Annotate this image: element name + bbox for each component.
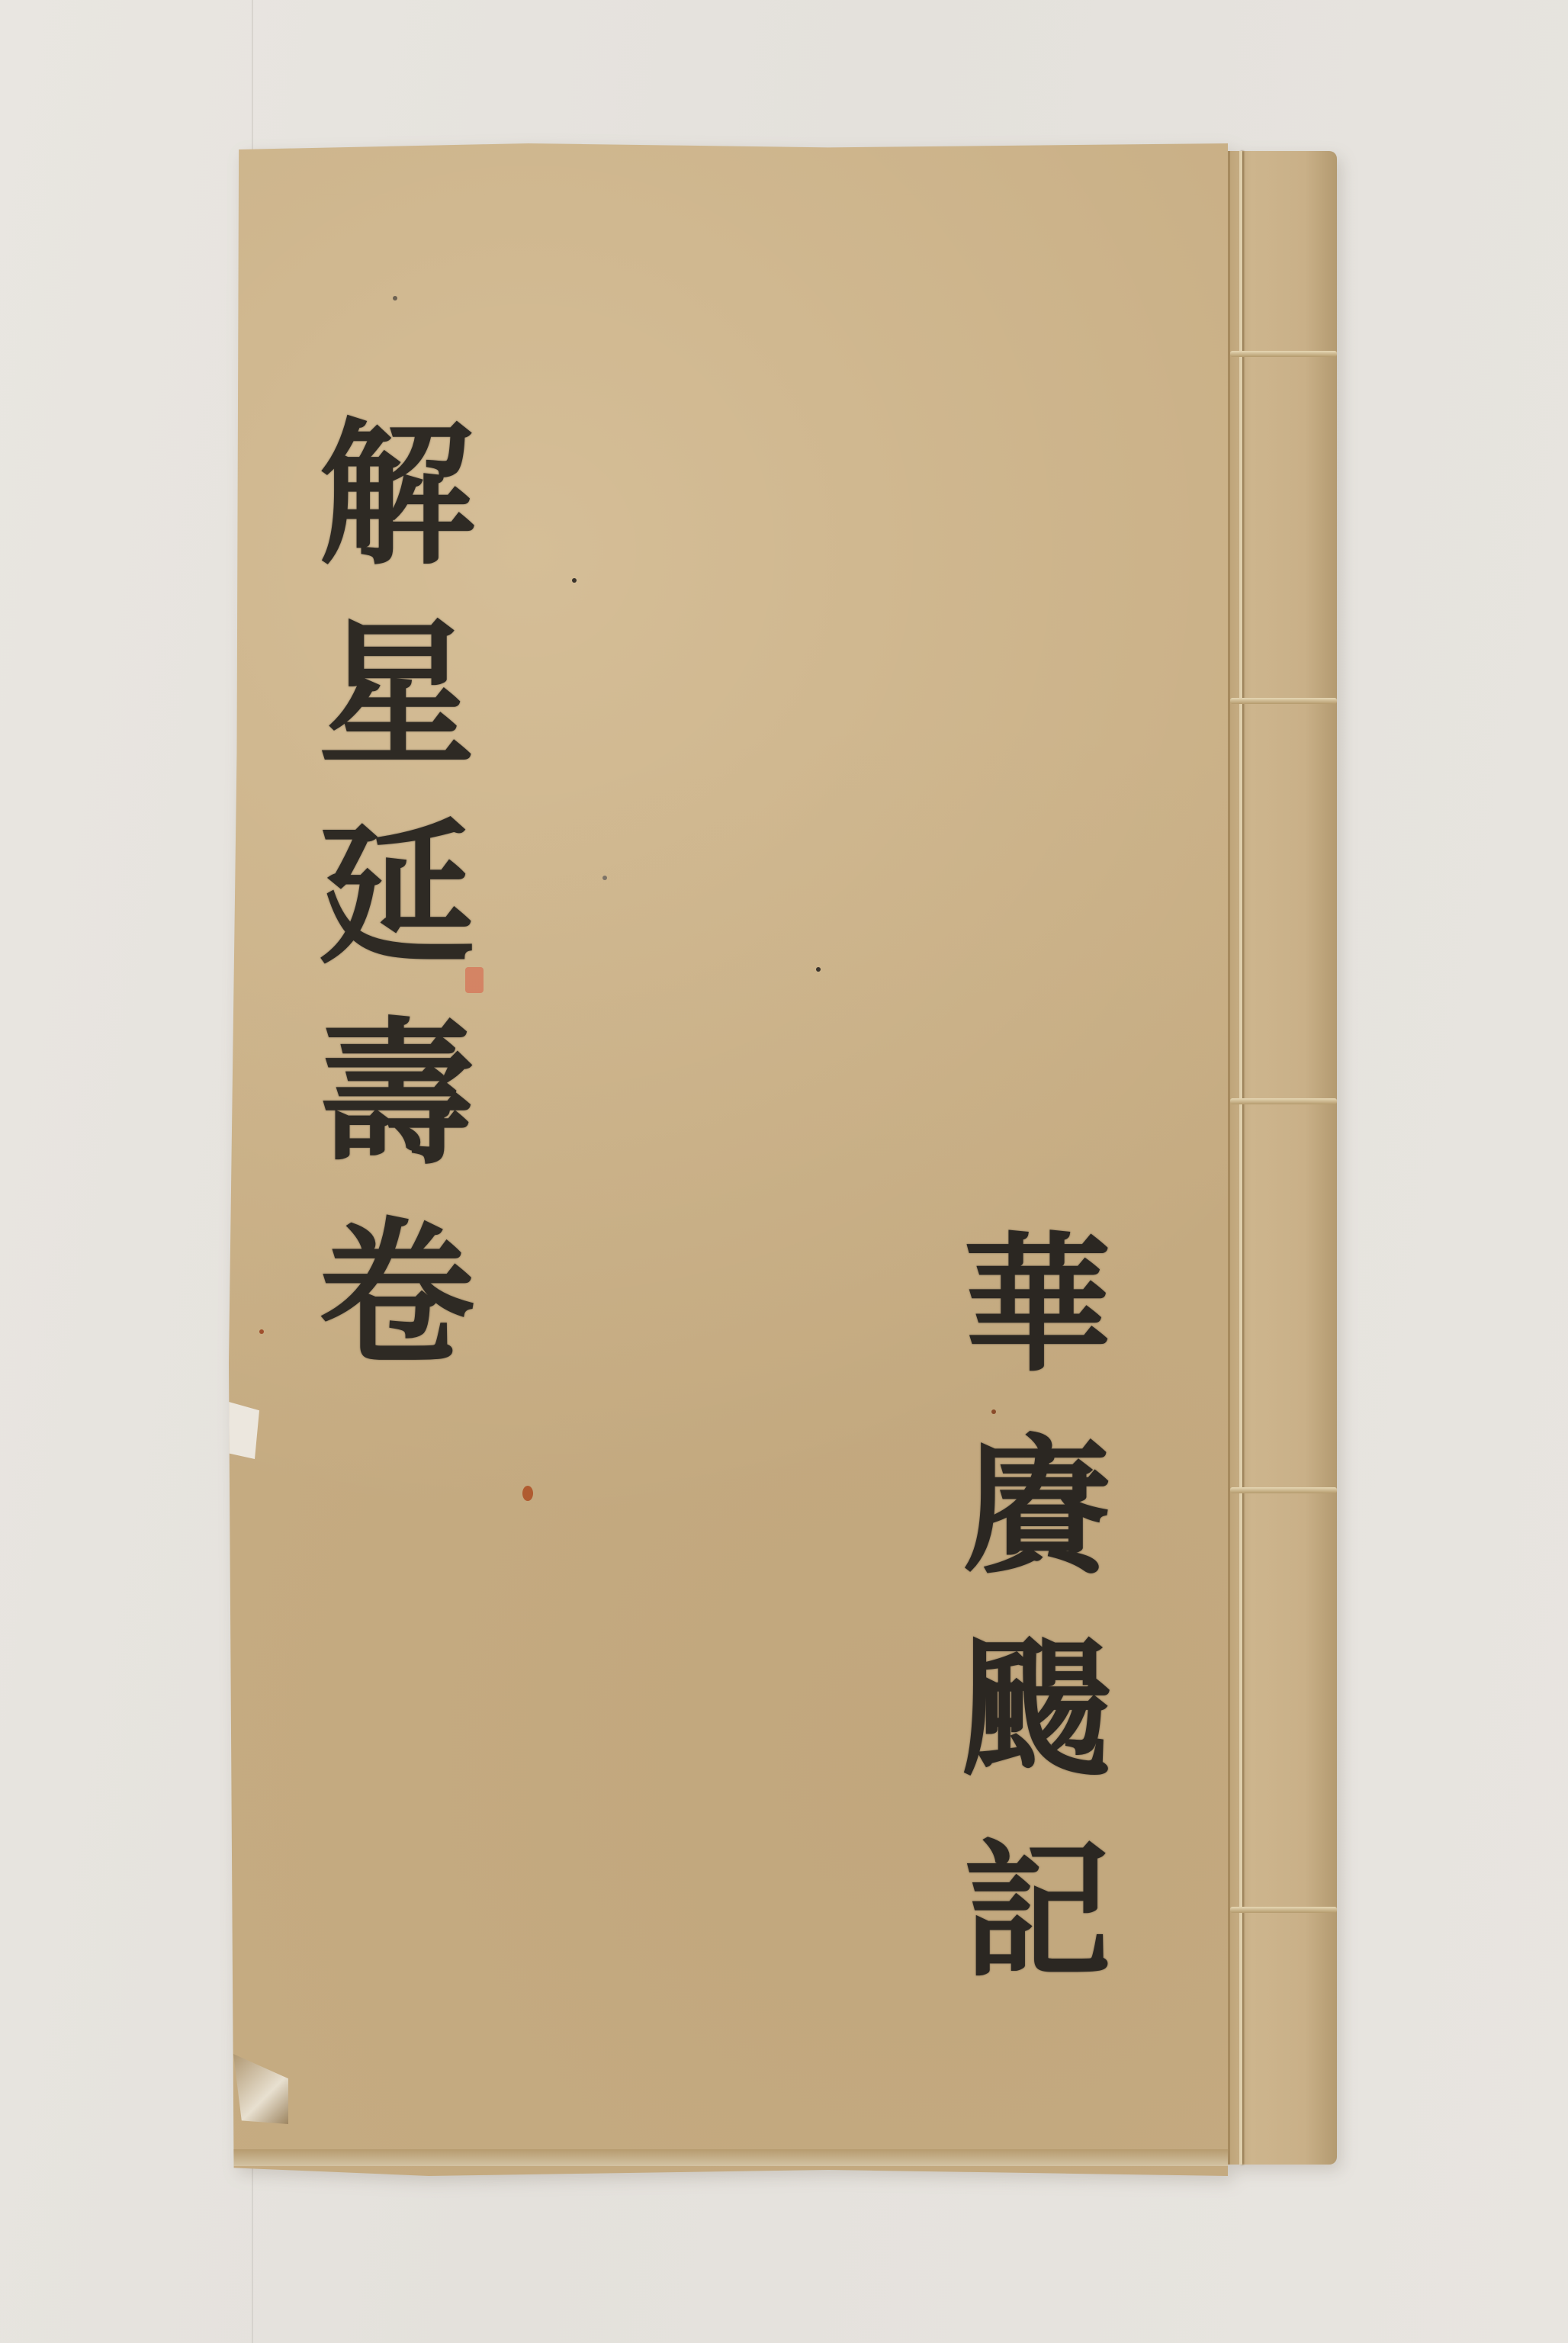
- paper-fleck: [816, 967, 821, 972]
- inscription-char: 賡: [963, 1406, 1112, 1608]
- binding-stitch: [1230, 698, 1337, 704]
- book-title: 解 星 延 壽 卷: [297, 395, 496, 1394]
- binding-thread-vertical: [1239, 151, 1242, 2165]
- binding-stitch: [1230, 351, 1337, 357]
- title-char: 解: [319, 395, 475, 595]
- cover-tear: [229, 1402, 259, 1459]
- paper-stain: [522, 1486, 533, 1501]
- title-char: 延: [319, 795, 475, 995]
- title-char: 卷: [319, 1194, 475, 1394]
- binding-stitch: [1230, 1907, 1337, 1913]
- paper-fleck: [393, 296, 397, 301]
- paper-fleck: [572, 578, 577, 583]
- inscription-char: 颺: [963, 1608, 1112, 1810]
- owner-inscription: 華 賡 颺 記: [923, 1204, 1152, 2012]
- book: 解 星 延 壽 卷 華 賡 颺 記: [229, 143, 1342, 2176]
- inscription-char: 記: [963, 1810, 1112, 2012]
- book-spine: [1228, 151, 1337, 2165]
- binding-stitch: [1230, 1487, 1337, 1493]
- binding-stitch: [1230, 1098, 1337, 1104]
- inscription-char: 華: [963, 1204, 1112, 1406]
- book-cover: 解 星 延 壽 卷 華 賡 颺 記: [229, 143, 1228, 2176]
- title-char: 壽: [319, 995, 475, 1194]
- paper-fleck: [259, 1329, 264, 1334]
- title-char: 星: [319, 595, 475, 795]
- page-edges: [229, 2149, 1228, 2166]
- corner-fold: [233, 2054, 288, 2124]
- paper-fleck: [602, 876, 607, 880]
